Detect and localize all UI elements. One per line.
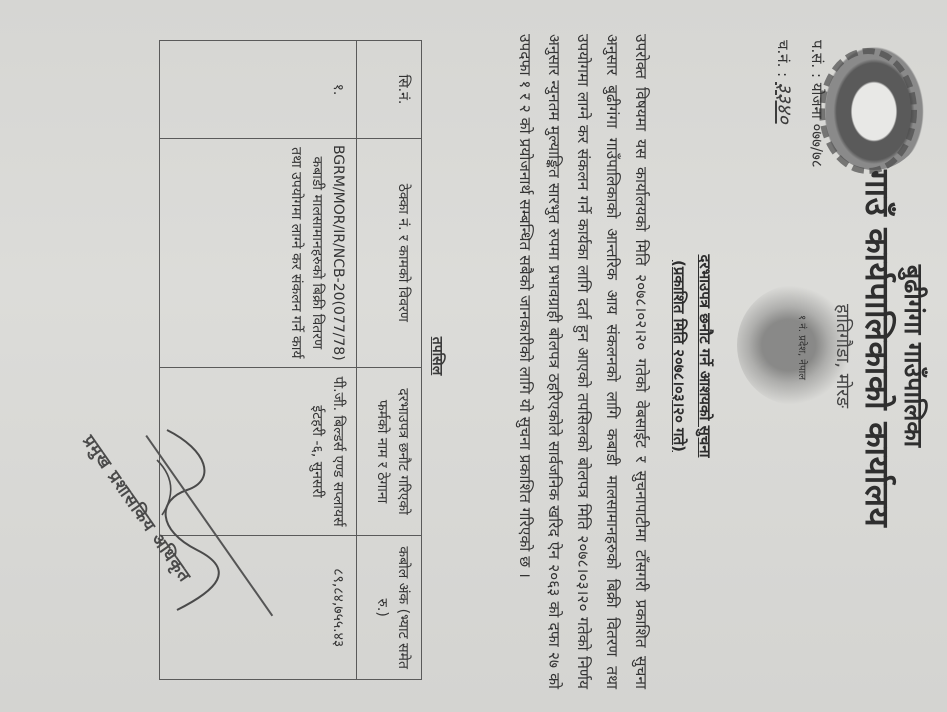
notice-document: बुढीगंगा गाउँपालिका गाउँ कार्यपालिकाको क… bbox=[0, 0, 947, 712]
notice-body: उपरोक्त विषयमा यस कार्यालयको मिति २०७८।०… bbox=[510, 34, 655, 689]
municipality-name: बुढीगंगा गाउँपालिका bbox=[897, 0, 931, 712]
office-name: गाउँ कार्यपालिकाको कार्यालय bbox=[856, 170, 901, 690]
header-firm: दरभाउपत्र छनौट गरिएको फर्मको नाम र ठेगान… bbox=[357, 367, 422, 536]
dispatch-number-value: ३३४० bbox=[773, 82, 797, 124]
letter-number-label: प.सं. : bbox=[808, 40, 826, 78]
published-date: (प्रकाशित मिति २०७८।०३।२० गते) bbox=[669, 0, 689, 712]
letter-number-value: योजना ०७७/७८ bbox=[808, 83, 826, 168]
cell-contract: BGRM/MOR/IR/NCB-20(077/78) कबाडी मालसामा… bbox=[160, 138, 357, 367]
subject-title-text: दरभाउपत्र छनौट गर्ने आशयको सुचना bbox=[696, 254, 714, 457]
letter-number: प.सं. : योजना ०७७/७८ bbox=[807, 40, 827, 168]
details-heading-text: तपसिल bbox=[429, 337, 445, 376]
subject-title: दरभाउपत्र छनौट गर्ने आशयको सुचना bbox=[695, 0, 715, 712]
header-contract: ठेक्का नं. र कामको विवरण bbox=[357, 138, 422, 367]
dispatch-number: च.नं. : ३३४० bbox=[772, 40, 799, 124]
table-header-row: सि.नं. ठेक्का नं. र कामको विवरण दरभाउपत्… bbox=[357, 41, 422, 680]
header-amount: कबोल अंक (भ्याट समेत रु.) bbox=[357, 536, 422, 680]
stamp-text: १ नं. प्रदेश, नेपाल bbox=[795, 300, 807, 395]
dispatch-number-label: च.नं. : bbox=[774, 40, 792, 77]
details-heading: तपसिल bbox=[428, 0, 447, 712]
cell-serial: १. bbox=[160, 41, 357, 139]
header-serial: सि.नं. bbox=[357, 41, 422, 139]
published-date-text: (प्रकाशित मिति २०७८।०३।२० गते) bbox=[670, 260, 688, 452]
